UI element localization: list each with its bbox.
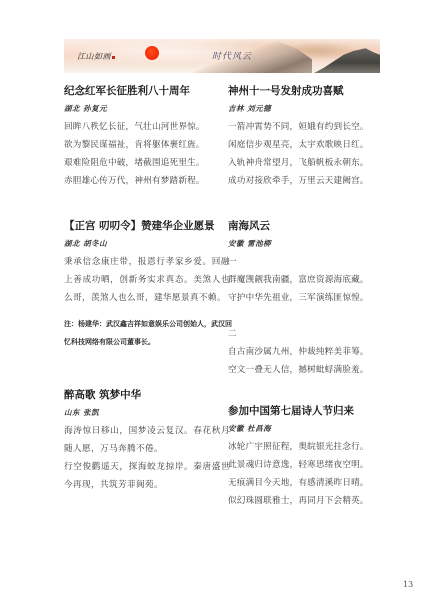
sun-icon	[145, 46, 159, 60]
header-banner: 江山如画 时代风云	[64, 39, 380, 73]
poem-line: 回眸八秩忆长征，气壮山河世界惊。	[64, 118, 234, 136]
poem-author: 山东 张凯	[64, 408, 234, 418]
seal-icon	[112, 56, 115, 59]
poem-line: 欲为黎民谋福祉，肯将躯体裹红旌。	[64, 136, 234, 154]
spacer	[228, 307, 398, 325]
poem-line: 自古南沙属九州，仲裁纯粹美菲筹。	[228, 343, 398, 361]
poem-4: 南海风云 安徽 雷池柳 一 群魔觊觎我南疆，富庶资源海底藏。 守护中华先祖业，三…	[228, 219, 398, 379]
poem-line: 群魔觊觎我南疆，富庶资源海底藏。	[228, 271, 398, 289]
poem-line: 守护中华先祖业，三军演练匪惊惶。	[228, 289, 398, 307]
poem-5: 醉高歌 筑梦中华 山东 张凯 海涛惊日移山，国梦凌云复汉。春花秋月随人愿，万马奔…	[64, 388, 234, 494]
poem-line: 入轨神舟常望月，飞船帆板永朝东。	[228, 154, 398, 172]
poem-body: 海涛惊日移山，国梦凌云复汉。春花秋月随人愿，万马奔腾不倦。 行空俊鹳遥天，探海蛟…	[64, 422, 234, 494]
poem-title: 醉高歌 筑梦中华	[64, 388, 234, 402]
poem-author: 安徽 杜昌海	[228, 424, 398, 434]
poem-line: 似幻珠圆联雅士，再同月下会精英。	[228, 492, 398, 510]
poem-line: 此景魂归诗意逸，轻寒思绪夜空明。	[228, 456, 398, 474]
poem-3: 【正宫 叨叨令】赞建华企业愿景 湖北 胡冬山 秉承信念康庄带，报恩行孝家乡爱。回…	[64, 219, 234, 351]
poem-author: 湖北 胡冬山	[64, 239, 234, 249]
poem-author: 吉林 刘元德	[228, 104, 398, 114]
poem-title: 南海风云	[228, 219, 398, 233]
poem-note: 注：杨建华：武汉鑫吉祥如意娱乐公司创始人，武汉回忆科技网络有限公司董事长。	[64, 315, 234, 351]
poem-line: 艰难险阻危中破，堵截围追死里生。	[64, 154, 234, 172]
section-marker: 一	[228, 253, 398, 271]
poem-1: 纪念红军长征胜利八十周年 湖北 孙复元 回眸八秩忆长征，气壮山河世界惊。 欲为黎…	[64, 84, 234, 190]
poem-body: 一箭冲霄势不同，姮娥有约到长空。 闲庭信步观星亮，太宇欢歌映日红。 入轨神舟常望…	[228, 118, 398, 190]
poem-body: 回眸八秩忆长征，气壮山河世界惊。 欲为黎民谋福祉，肯将躯体裹红旌。 艰难险阻危中…	[64, 118, 234, 190]
poem-line: 成功对接欣牵手，万里云天建阙宫。	[228, 172, 398, 190]
poem-title: 参加中国第七届诗人节归来	[228, 404, 398, 418]
poem-line: 无痕满目今天地，有感清溪昨日晴。	[228, 474, 398, 492]
poem-title: 【正宫 叨叨令】赞建华企业愿景	[64, 219, 234, 233]
poem-author: 安徽 雷池柳	[228, 239, 398, 249]
poem-line: 闲庭信步观星亮，太宇欢歌映日红。	[228, 136, 398, 154]
poem-body: 秉承信念康庄带，报恩行孝家乡爱。回融上善成功晒，创新务实求真态。美煞人也么哥，羡…	[64, 253, 230, 307]
poem-line: 一箭冲霄势不同，姮娥有约到长空。	[228, 118, 398, 136]
poem-line: 赤胆雄心传万代，神州有梦踏新程。	[64, 172, 234, 190]
poem-6: 参加中国第七届诗人节归来 安徽 杜昌海 冰轮广宇照征程，奥皖银光拄念行。 此景魂…	[228, 404, 398, 510]
poem-2: 神州十一号发射成功喜赋 吉林 刘元德 一箭冲霄势不同，姮娥有约到长空。 闲庭信步…	[228, 84, 398, 190]
poem-paragraph: 行空俊鹳遥天，探海蛟龙掠岸。秦唐盛世今再现，共筑芳菲阆苑。	[64, 458, 230, 494]
poem-line: 空文一叠无人信，撼树蚍蜉满脸羞。	[228, 361, 398, 379]
poem-line: 冰轮广宇照征程，奥皖银光拄念行。	[228, 438, 398, 456]
section-marker: 二	[228, 325, 398, 343]
page-number: 13	[403, 580, 413, 589]
poem-title: 神州十一号发射成功喜赋	[228, 84, 398, 98]
poem-body: 一 群魔觊觎我南疆，富庶资源海底藏。 守护中华先祖业，三军演练匪惊惶。 二 自古…	[228, 253, 398, 379]
banner-logo: 江山如画	[77, 51, 115, 62]
poem-body: 冰轮广宇照征程，奥皖银光拄念行。 此景魂归诗意逸，轻寒思绪夜空明。 无痕满目今天…	[228, 438, 398, 510]
poem-paragraph: 海涛惊日移山，国梦凌云复汉。春花秋月随人愿，万马奔腾不倦。	[64, 422, 230, 458]
poem-author: 湖北 孙复元	[64, 104, 234, 114]
banner-motto: 时代风云	[212, 49, 252, 62]
poem-title: 纪念红军长征胜利八十周年	[64, 84, 234, 98]
